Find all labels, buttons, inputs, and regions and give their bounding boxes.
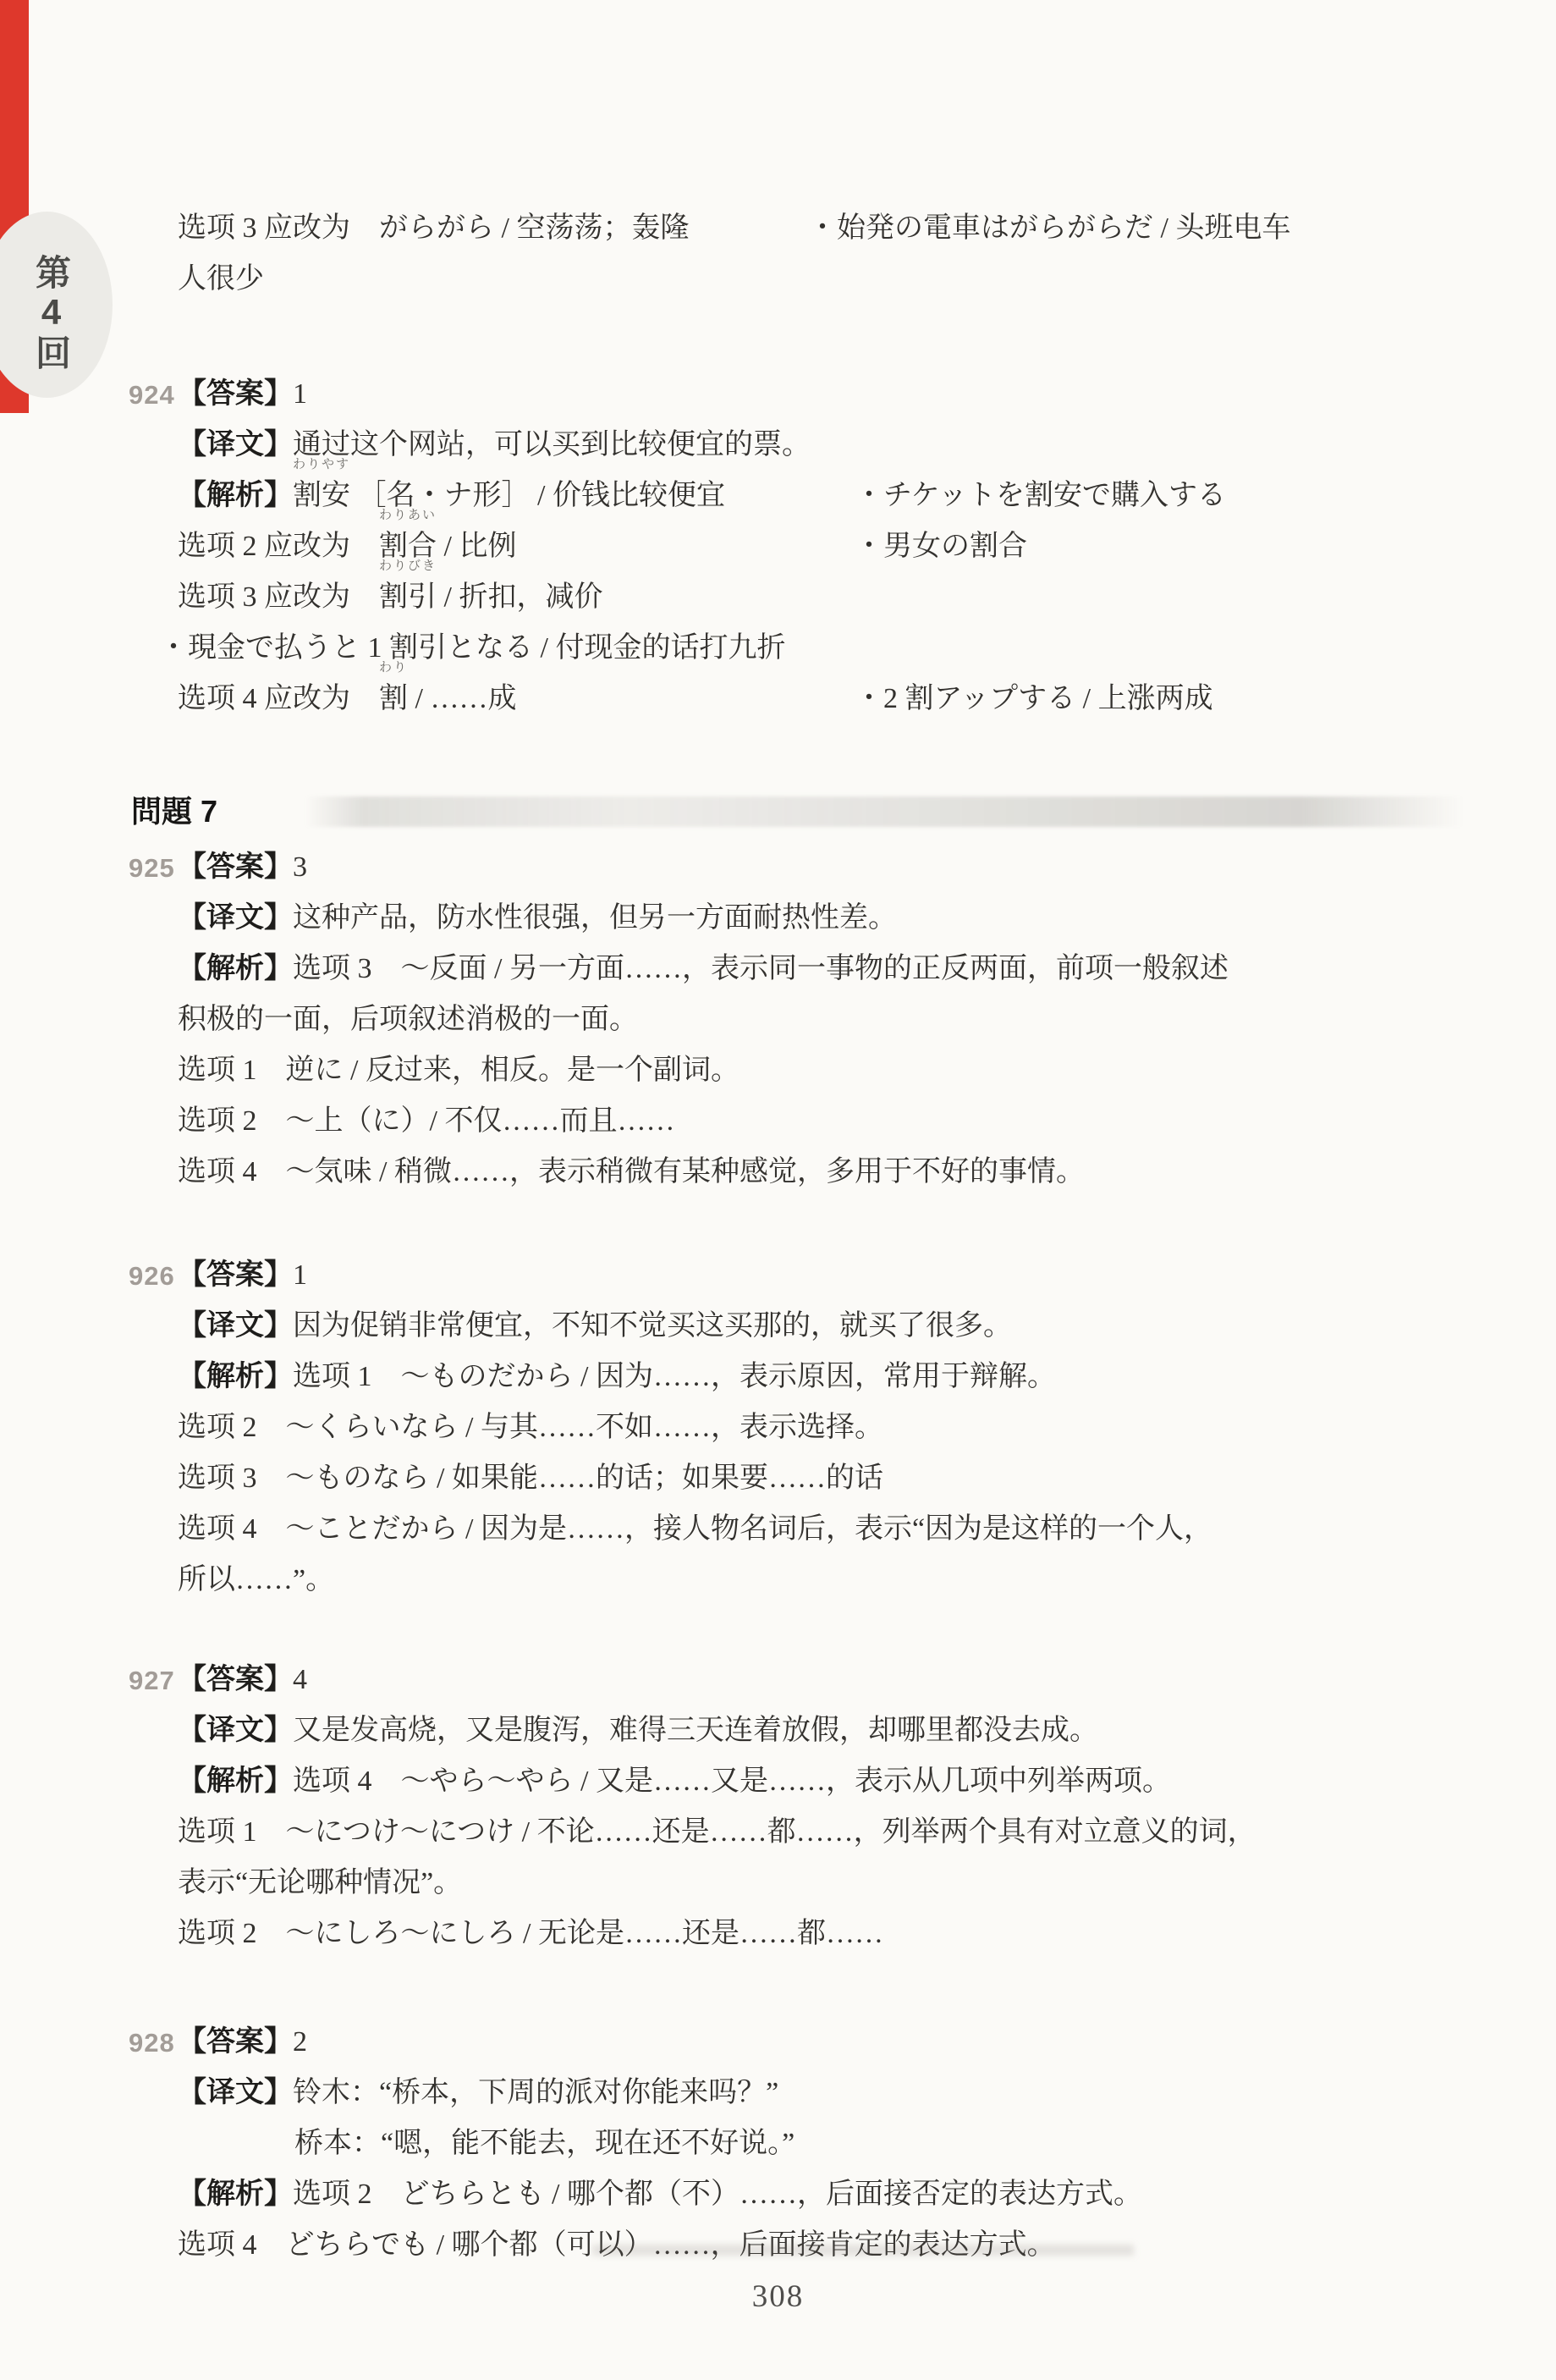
text-row: 选项 1 ～につけ～につけ / 不论……还是……都……，列举两个具有对立意义的词… — [178, 1807, 1481, 1858]
field-label: 【答案】 — [178, 1259, 293, 1291]
text-row: 【译文】又是发高烧，又是腹泻，难得三天连着放假，却哪里都没去成。 — [178, 1705, 1481, 1756]
row-text: 积极的一面，后项叙述消极的一面。 — [178, 1004, 638, 1035]
answer-section: 927【答案】4【译文】又是发高烧，又是腹泻，难得三天连着放假，却哪里都没去成。… — [178, 1655, 1481, 1959]
question-number: 928 — [129, 2018, 175, 2069]
field-label: 【译文】 — [178, 429, 293, 460]
text-row: 选项 2 应改为 わりあい割合 / 比例・男女の割合 — [178, 521, 1481, 572]
text-row: 925【答案】3 — [178, 842, 1481, 893]
ruby-word: わりびき割引 — [379, 572, 437, 623]
row-text: 选项 4 ～気味 / 稍微……，表示稍微有某种感觉，多用于不好的事情。 — [178, 1156, 1085, 1187]
row-text: 选项 3 应改为 — [178, 581, 379, 613]
row-text: 选项 4 应改为 — [178, 683, 379, 714]
row-text: 表示“无论哪种情况”。 — [178, 1867, 462, 1898]
scanned-page: { "page": { "side_tab": "第4回", "page_num… — [0, 0, 1556, 2380]
text-row: 桥本：“嗯，能不能去，现在还不好说。” — [178, 2118, 1481, 2169]
furigana: わり — [379, 662, 408, 675]
field-label: 【译文】 — [178, 2077, 293, 2108]
row-text: 因为促销非常便宜，不知不觉买这买那的，就买了很多。 — [293, 1310, 1012, 1342]
row-text: 桥本：“嗯，能不能去，现在还不好说。” — [294, 2128, 794, 2159]
row-text: 选项 2 ～くらいなら / 与其……不如……，表示选择。 — [178, 1412, 883, 1443]
furigana: わりあい — [379, 510, 437, 522]
ruby-word: わり割 — [379, 674, 408, 724]
field-label: 【解析】 — [178, 953, 293, 984]
row-text: 铃木：“桥本，下周的派对你能来吗？” — [293, 2077, 778, 2108]
text-row: 选项 4 ～ことだから / 因为是……，接人物名词后，表示“因为是这样的一个人， — [178, 1504, 1481, 1555]
answer-section: 928【答案】2【译文】铃木：“桥本，下周的派对你能来吗？”桥本：“嗯，能不能去… — [178, 2017, 1481, 2271]
text-row: 【译文】通过这个网站，可以买到比较便宜的票。 — [178, 420, 1481, 471]
row-text: 选项 3 ～ものなら / 如果能……的话；如果要……的话 — [178, 1463, 883, 1494]
row-text: / ……成 — [408, 683, 516, 714]
text-row: 【解析】选项 1 ～ものだから / 因为……，表示原因，常用于辩解。 — [178, 1352, 1481, 1402]
row-text: 选项 1 ～ものだから / 因为……，表示原因，常用于辩解。 — [293, 1361, 1056, 1392]
bleed-through-smudge — [592, 2245, 1134, 2256]
row-text: 3 — [293, 851, 307, 883]
ruby-base: 割 — [379, 683, 408, 714]
row-text: 选项 2 ～上（に）/ 不仅……而且…… — [178, 1105, 674, 1137]
text-row: 人很少 — [178, 254, 1481, 305]
bleed-through-band — [305, 796, 1464, 827]
text-row: 选项 3 ～ものなら / 如果能……的话；如果要……的话 — [178, 1453, 1481, 1504]
ruby-base: 割引 — [379, 581, 437, 613]
answer-section: 924【答案】1【译文】通过这个网站，可以买到比较便宜的票。【解析】わりやす割安… — [178, 369, 1481, 724]
text-row: 【解析】选项 4 ～やら～やら / 又是……又是……，表示从几项中列举两项。 — [178, 1756, 1481, 1807]
row-text: 选项 2 どちらとも / 哪个都（不）……，后面接否定的表达方式。 — [293, 2179, 1142, 2210]
field-label: 【解析】 — [178, 1361, 293, 1392]
row-text: 人很少 — [178, 263, 264, 295]
field-label: 【答案】 — [178, 1664, 293, 1695]
example-sentence: ・始発の電車はがらがらだ / 头班电车 — [808, 203, 1290, 254]
row-text: 4 — [293, 1664, 307, 1695]
row-text: / 折扣，减价 — [437, 581, 602, 613]
question-number: 926 — [129, 1251, 175, 1302]
question-number: 925 — [129, 843, 175, 894]
row-text: 所以……”。 — [178, 1564, 334, 1595]
section-header-row: 問題 7 — [178, 786, 1481, 837]
text-row: 所以……”。 — [178, 1555, 1481, 1606]
text-row: 选项 3 应改为 わりびき割引 / 折扣，减价 — [178, 572, 1481, 623]
ruby-word: わりやす割安 — [293, 471, 350, 521]
row-text: 2 — [293, 2026, 307, 2058]
text-row: 926【答案】1 — [178, 1250, 1481, 1301]
row-text: 选项 2 应改为 — [178, 531, 379, 562]
row-text: 又是发高烧，又是腹泻，难得三天连着放假，却哪里都没去成。 — [293, 1715, 1098, 1746]
text-row: 928【答案】2 — [178, 2017, 1481, 2068]
text-row: 【译文】这种产品，防水性很强，但另一方面耐热性差。 — [178, 893, 1481, 944]
answer-section: 选项 3 应改为 がらがら / 空荡荡；轰隆・始発の電車はがらがらだ / 头班电… — [178, 203, 1481, 305]
example-sentence: ・チケットを割安で購入する — [855, 471, 1226, 521]
text-row: 选项 2 ～にしろ～にしろ / 无论是……还是……都…… — [178, 1909, 1481, 1959]
text-row: 【译文】铃木：“桥本，下周的派对你能来吗？” — [178, 2068, 1481, 2118]
field-label: 【译文】 — [178, 1715, 293, 1746]
field-label: 【答案】 — [178, 851, 293, 883]
row-text: 选项 4 ～ことだから / 因为是……，接人物名词后，表示“因为是这样的一个人， — [178, 1513, 1212, 1545]
field-label: 【答案】 — [178, 2026, 293, 2058]
text-row: 【解析】わりやす割安 ［名・ナ形］ / 价钱比较便宜・チケットを割安で購入する — [178, 471, 1481, 521]
field-label: 【解析】 — [178, 1766, 293, 1797]
text-row: 【解析】选项 2 どちらとも / 哪个都（不）……，后面接否定的表达方式。 — [178, 2169, 1481, 2220]
text-row: 选项 3 应改为 がらがら / 空荡荡；轰隆・始発の電車はがらがらだ / 头班电… — [178, 203, 1481, 254]
answer-explanations: 选项 3 应改为 がらがら / 空荡荡；轰隆・始発の電車はがらがらだ / 头班电… — [178, 203, 1481, 2271]
text-row: 【译文】因为促销非常便宜，不知不觉买这买那的，就买了很多。 — [178, 1301, 1481, 1352]
answer-section: 925【答案】3【译文】这种产品，防水性很强，但另一方面耐热性差。【解析】选项 … — [178, 842, 1481, 1198]
question-number: 924 — [129, 370, 175, 421]
row-text: 通过这个网站，可以买到比较便宜的票。 — [293, 429, 811, 460]
row-text: 选项 3 应改为 がらがら / 空荡荡；轰隆 — [178, 212, 689, 244]
row-text: 选项 4 ～やら～やら / 又是……又是……，表示从几项中列举两项。 — [293, 1766, 1171, 1797]
row-text: 选项 1 ～につけ～につけ / 不论……还是……都……，列举两个具有对立意义的词… — [178, 1816, 1256, 1848]
page-number: 308 — [0, 2278, 1556, 2315]
text-row: ・現金で払うと 1 割引となる / 付现金的话打九折 — [159, 623, 1481, 674]
text-row: 选项 1 逆に / 反过来，相反。是一个副词。 — [178, 1045, 1481, 1096]
field-label: 【译文】 — [178, 1310, 293, 1342]
row-text: 1 — [293, 378, 307, 410]
row-text: 1 — [293, 1259, 307, 1291]
example-sentence: ・男女の割合 — [855, 521, 1027, 572]
text-row: 927【答案】4 — [178, 1655, 1481, 1705]
ruby-base: 割合 — [379, 531, 437, 562]
row-text: ［名・ナ形］ / 价钱比较便宜 — [350, 480, 725, 511]
text-row: 选项 2 ～上（に）/ 不仅……而且…… — [178, 1096, 1481, 1147]
row-text: 选项 2 ～にしろ～にしろ / 无论是……还是……都…… — [178, 1918, 883, 1949]
section-header-title: 問題 7 — [131, 794, 217, 829]
text-row: 924【答案】1 — [178, 369, 1481, 420]
field-label: 【解析】 — [178, 2179, 293, 2210]
text-row: 表示“无论哪种情况”。 — [178, 1858, 1481, 1909]
furigana: わりやす — [293, 459, 350, 471]
answer-section: 926【答案】1【译文】因为促销非常便宜，不知不觉买这买那的，就买了很多。【解析… — [178, 1250, 1481, 1606]
row-text: 选项 1 逆に / 反过来，相反。是一个副词。 — [178, 1055, 740, 1086]
problem-section: 問題 7 — [178, 786, 1481, 837]
round-tab-label: 第4回 — [25, 254, 76, 372]
field-label: 【解析】 — [178, 480, 293, 511]
row-text: / 比例 — [437, 531, 516, 562]
field-label: 【译文】 — [178, 902, 293, 934]
row-text: 选项 3 ～反面 / 另一方面……，表示同一事物的正反两面，前项一般叙述 — [293, 953, 1229, 984]
text-row: 【解析】选项 3 ～反面 / 另一方面……，表示同一事物的正反两面，前项一般叙述 — [178, 944, 1481, 994]
field-label: 【答案】 — [178, 378, 293, 410]
text-row: 选项 4 应改为 わり割 / ……成・2 割アップする / 上涨两成 — [178, 674, 1481, 724]
text-row: 积极的一面，后项叙述消极的一面。 — [178, 994, 1481, 1045]
row-text: 这种产品，防水性很强，但另一方面耐热性差。 — [293, 902, 897, 934]
furigana: わりびき — [379, 560, 437, 573]
row-text: ・現金で払うと 1 割引となる / 付现金的话打九折 — [159, 632, 785, 664]
question-number: 927 — [129, 1656, 175, 1706]
text-row: 选项 4 ～気味 / 稍微……，表示稍微有某种感觉，多用于不好的事情。 — [178, 1147, 1481, 1198]
ruby-base: 割安 — [293, 480, 350, 511]
text-row: 选项 2 ～くらいなら / 与其……不如……，表示选择。 — [178, 1402, 1481, 1453]
example-sentence: ・2 割アップする / 上涨两成 — [855, 674, 1213, 724]
